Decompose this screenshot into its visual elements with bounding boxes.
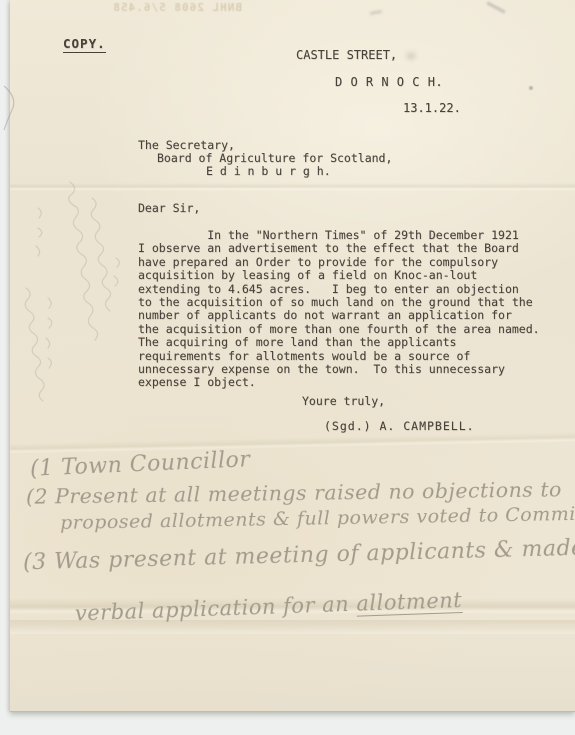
scan-fiber-mark bbox=[0, 84, 20, 134]
bleed-through-text: BNHL 2608 5/6.458 bbox=[72, 1, 242, 14]
paper-fold-crease-middle bbox=[10, 432, 575, 454]
closing: Youre truly, bbox=[302, 394, 385, 408]
letter-body: In the "Northern Times" of 29th December… bbox=[138, 229, 540, 390]
recipient-line-3: E d i n b u r g h. bbox=[206, 164, 331, 178]
margin-pencil-writing bbox=[8, 168, 138, 433]
copy-label: COPY. bbox=[63, 36, 106, 53]
signature: (Sgd.) A. CAMPBELL. bbox=[324, 419, 475, 433]
sender-town: D O R N O C H. bbox=[335, 75, 443, 89]
recipient-line-1: The Secretary, bbox=[138, 138, 235, 152]
scanned-letter-page: { "document": { "copy_label": "COPY.", "… bbox=[0, 0, 575, 735]
salutation: Dear Sir, bbox=[138, 201, 200, 215]
letter-date: 13.1.22. bbox=[403, 101, 461, 115]
handwritten-note-3-underlined-word: allotment bbox=[356, 588, 463, 617]
sender-street: CASTLE STREET, bbox=[296, 48, 397, 62]
bleed-through-text-value: BNHL 2608 5/6.458 bbox=[112, 1, 242, 14]
